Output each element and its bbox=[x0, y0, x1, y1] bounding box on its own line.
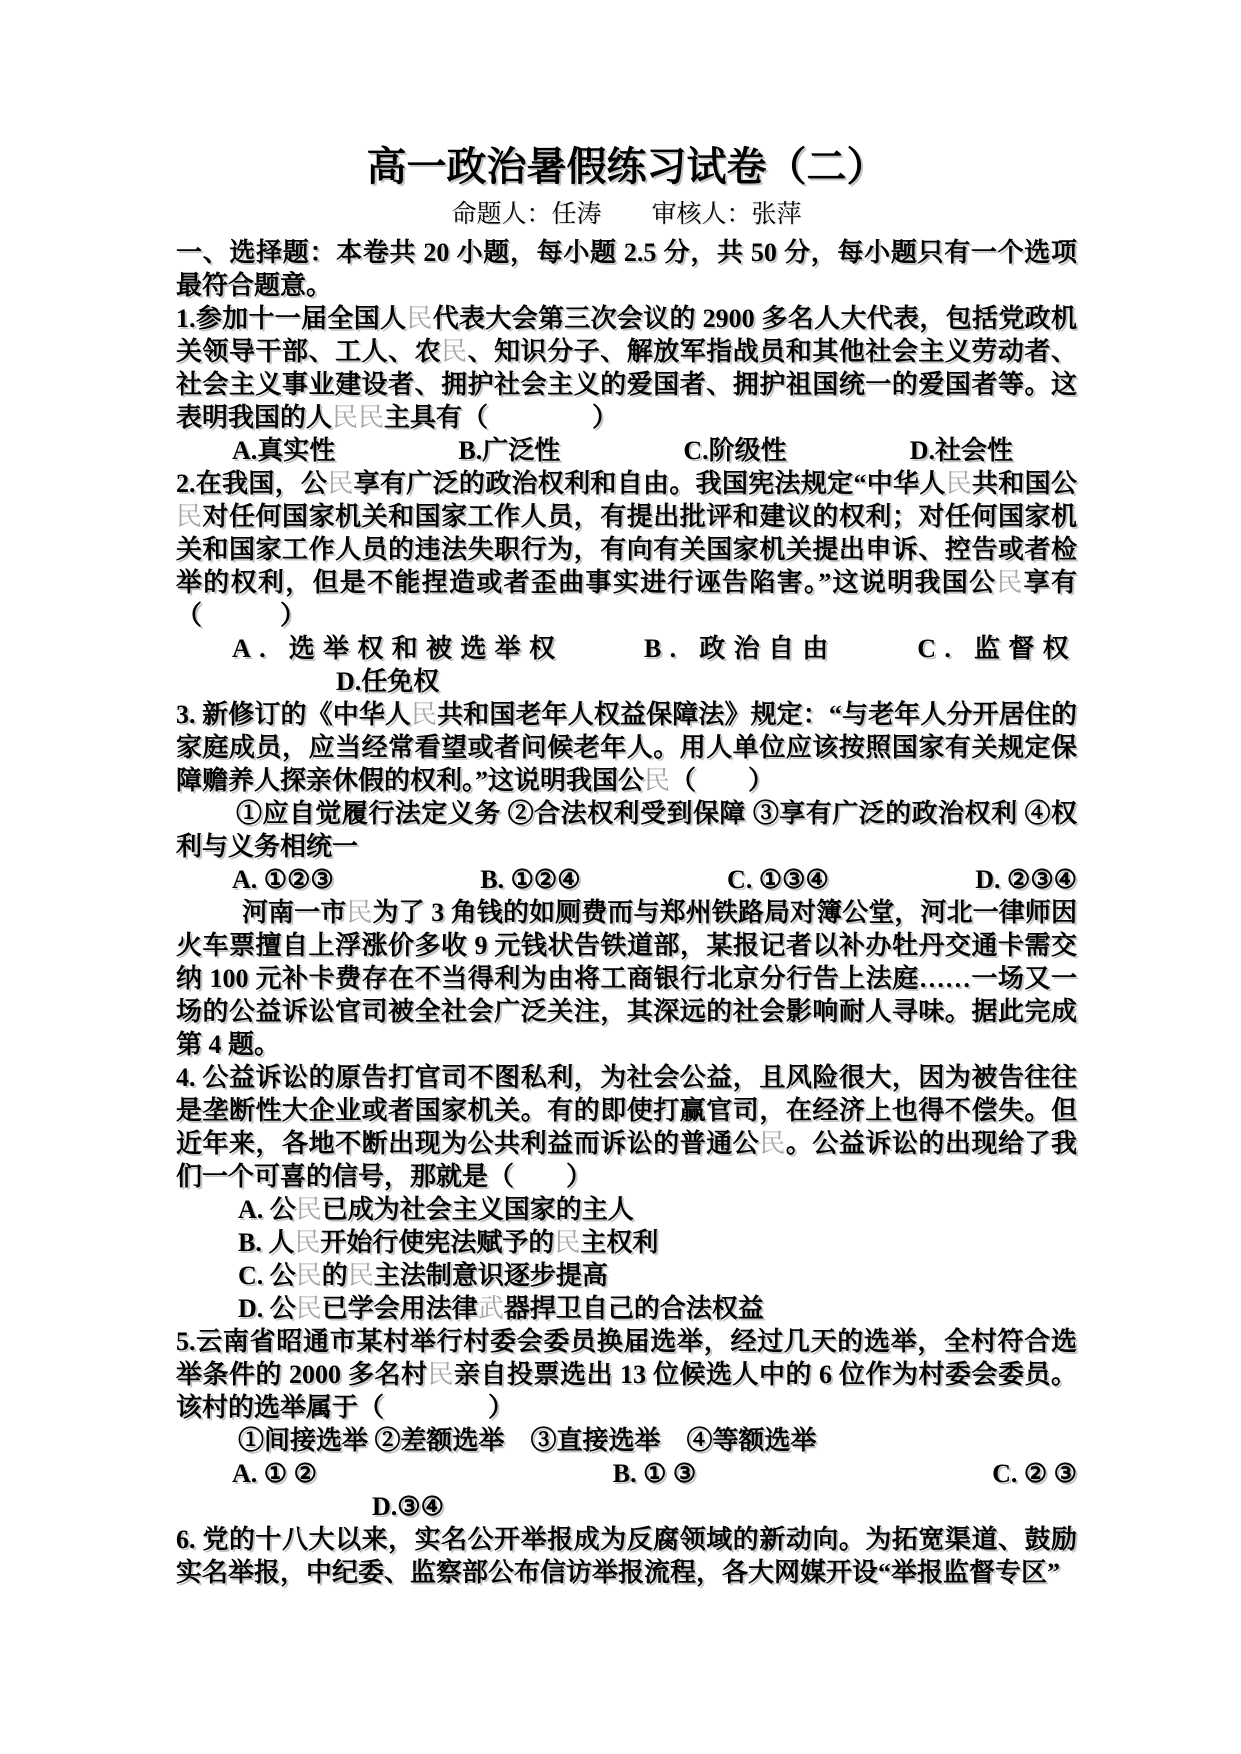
question-3-option-b: B. ①②④ bbox=[480, 863, 580, 896]
text-segment: 主法制意识逐步提高 bbox=[374, 1261, 608, 1290]
question-4-context: 河南一市民为了 3 角钱的如厕费而与郑州铁路局对簿公堂，河北一律师因火车票擅自上… bbox=[176, 896, 1077, 1061]
text-segment: C. 公 bbox=[238, 1261, 296, 1290]
exam-body: 一、选择题：本卷共 20 小题，每小题 2.5 分，共 50 分，每小题只有一个… bbox=[176, 236, 1077, 1589]
substituted-glyph: 民 bbox=[327, 469, 353, 498]
text-segment: 1.参加十一届全国人 bbox=[176, 304, 406, 333]
text-segment: 的 bbox=[322, 1261, 348, 1290]
text-segment: 6. 党的十八大以来，实名公开举报成为反腐领域的新动向。为拓宽渠道、鼓励实名举报… bbox=[176, 1525, 1077, 1587]
question-1-option-d: D.社会性 bbox=[910, 434, 1013, 467]
substituted-glyph: 民 bbox=[411, 700, 437, 729]
substituted-glyph: 民 bbox=[644, 766, 670, 795]
text-segment: 2.在我国，公 bbox=[176, 469, 327, 498]
question-3-subitems: ①应自觉履行法定义务 ②合法权利受到保障 ③享有广泛的政治权利 ④权利与义务相统… bbox=[176, 797, 1077, 863]
question-5-options: A. ① ② B. ① ③ C. ② ③ bbox=[176, 1457, 1077, 1490]
text-segment: ①间接选举 ②差额选举 ③直接选举 ④等额选举 bbox=[238, 1426, 817, 1455]
text-segment: 器捍卫自己的合法权益 bbox=[504, 1294, 764, 1323]
substituted-glyph: 民 bbox=[294, 1228, 320, 1257]
text-segment: 主权利 bbox=[580, 1228, 658, 1257]
substituted-glyph: 民 bbox=[296, 1294, 322, 1323]
substituted-glyph: 民 bbox=[296, 1195, 322, 1224]
question-3-stem: 3. 新修订的《中华人民共和国老年人权益保障法》规定：“与老年人分开居住的家庭成… bbox=[176, 698, 1077, 797]
question-1-option-a: A.真实性 bbox=[232, 434, 335, 467]
substituted-glyph: 民 bbox=[946, 469, 972, 498]
substituted-glyph: 民 bbox=[296, 1261, 322, 1290]
text-segment: 一、选择题：本卷共 20 小题，每小题 2.5 分，共 50 分，每小题只有一个… bbox=[176, 238, 1077, 300]
text-segment: 3. 新修订的《中华人 bbox=[176, 700, 411, 729]
text-segment: ①应自觉履行法定义务 ②合法权利受到保障 ③享有广泛的政治权利 ④权利与义务相统… bbox=[176, 799, 1077, 861]
substituted-glyph: 民 bbox=[759, 1129, 786, 1158]
substituted-glyph: 民 bbox=[428, 1360, 455, 1389]
question-4-stem: 4. 公益诉讼的原告打官司不图私利，为社会公益，且风险很大，因为被告往往是垄断性… bbox=[176, 1061, 1077, 1193]
text-segment: 对任何国家机关和国家工作人员，有提出批评和建议的权利；对任何国家机关和国家工作人… bbox=[176, 502, 1077, 597]
question-1-option-c: C.阶级性 bbox=[683, 434, 786, 467]
text-segment: 开始行使宪法赋予的 bbox=[320, 1228, 554, 1257]
question-2-options: A. 选举权和被选举权 B. 政治自由 C. 监督权 bbox=[176, 632, 1077, 665]
question-2-option-d: D.任免权 bbox=[176, 665, 1077, 698]
question-2-option-b: B. 政治自由 bbox=[644, 632, 837, 665]
question-2-stem: 2.在我国，公民享有广泛的政治权利和自由。我国宪法规定“中华人民共和国公民对任何… bbox=[176, 467, 1077, 632]
question-5-stem: 5.云南省昭通市某村举行村委会委员换届选举，经过几天的选举，全村符合选举条件的 … bbox=[176, 1325, 1077, 1424]
question-5-option-b: B. ① ③ bbox=[613, 1457, 696, 1490]
question-6-stem: 6. 党的十八大以来，实名公开举报成为反腐领域的新动向。为拓宽渠道、鼓励实名举报… bbox=[176, 1523, 1077, 1589]
substituted-glyph: 民 bbox=[996, 568, 1023, 597]
exam-page: 高一政治暑假练习试卷（二） 命题人：任涛 审核人：张萍 一、选择题：本卷共 20… bbox=[0, 0, 1241, 1754]
question-5-option-c: C. ② ③ bbox=[992, 1457, 1077, 1490]
substituted-glyph: 民 bbox=[346, 898, 372, 927]
text-segment: 河南一市 bbox=[242, 898, 346, 927]
question-1-options: A.真实性 B.广泛性 C.阶级性 D.社会性 bbox=[176, 434, 1077, 467]
question-1-option-b: B.广泛性 bbox=[458, 434, 560, 467]
question-2-option-c: C. 监督权 bbox=[917, 632, 1077, 665]
text-segment: 享有广泛的政治权利和自由。我国宪法规定“中华人 bbox=[354, 469, 946, 498]
substituted-glyph: 民 bbox=[554, 1228, 580, 1257]
text-segment: 主具有（ ） bbox=[384, 403, 618, 432]
text-segment: 已学会用法律 bbox=[322, 1294, 478, 1323]
question-4-option-d: D. 公民已学会用法律武器捍卫自己的合法权益 bbox=[176, 1292, 1077, 1325]
text-segment: D. 公 bbox=[238, 1294, 296, 1323]
substituted-glyph: 民 bbox=[348, 1261, 374, 1290]
substituted-glyph: 民 bbox=[406, 304, 432, 333]
exam-title: 高一政治暑假练习试卷（二） bbox=[176, 143, 1077, 191]
question-5-subitems: ①间接选举 ②差额选举 ③直接选举 ④等额选举 bbox=[176, 1424, 1077, 1457]
question-1-stem: 1.参加十一届全国人民代表大会第三次会议的 2900 多名人大代表，包括党政机关… bbox=[176, 302, 1077, 434]
question-3-option-a: A. ①②③ bbox=[232, 863, 334, 896]
text-segment: B. 人 bbox=[238, 1228, 294, 1257]
substituted-glyph: 武 bbox=[478, 1294, 504, 1323]
exam-byline: 命题人：任涛 审核人：张萍 bbox=[176, 199, 1077, 231]
question-4-option-c: C. 公民的民主法制意识逐步提高 bbox=[176, 1259, 1077, 1292]
question-3-option-c: C. ①③④ bbox=[727, 863, 829, 896]
text-segment: （ ） bbox=[670, 766, 774, 795]
question-5-option-d: D.③④ bbox=[176, 1490, 1077, 1523]
substituted-glyph: 民 bbox=[176, 502, 203, 531]
text-segment: 共和国公 bbox=[972, 469, 1077, 498]
question-4-option-a: A. 公民已成为社会主义国家的主人 bbox=[176, 1193, 1077, 1226]
text-segment: A. 公 bbox=[238, 1195, 296, 1224]
question-4-option-b: B. 人民开始行使宪法赋予的民主权利 bbox=[176, 1226, 1077, 1259]
substituted-glyph: 民民 bbox=[332, 403, 384, 432]
section-instructions: 一、选择题：本卷共 20 小题，每小题 2.5 分，共 50 分，每小题只有一个… bbox=[176, 236, 1077, 302]
text-segment: 已成为社会主义国家的主人 bbox=[322, 1195, 634, 1224]
question-2-option-a: A. 选举权和被选举权 bbox=[232, 632, 563, 665]
question-3-option-d: D. ②③④ bbox=[975, 863, 1077, 896]
question-3-options: A. ①②③ B. ①②④ C. ①③④ D. ②③④ bbox=[176, 863, 1077, 896]
question-5-option-a: A. ① ② bbox=[232, 1457, 317, 1490]
substituted-glyph: 民 bbox=[441, 337, 468, 366]
